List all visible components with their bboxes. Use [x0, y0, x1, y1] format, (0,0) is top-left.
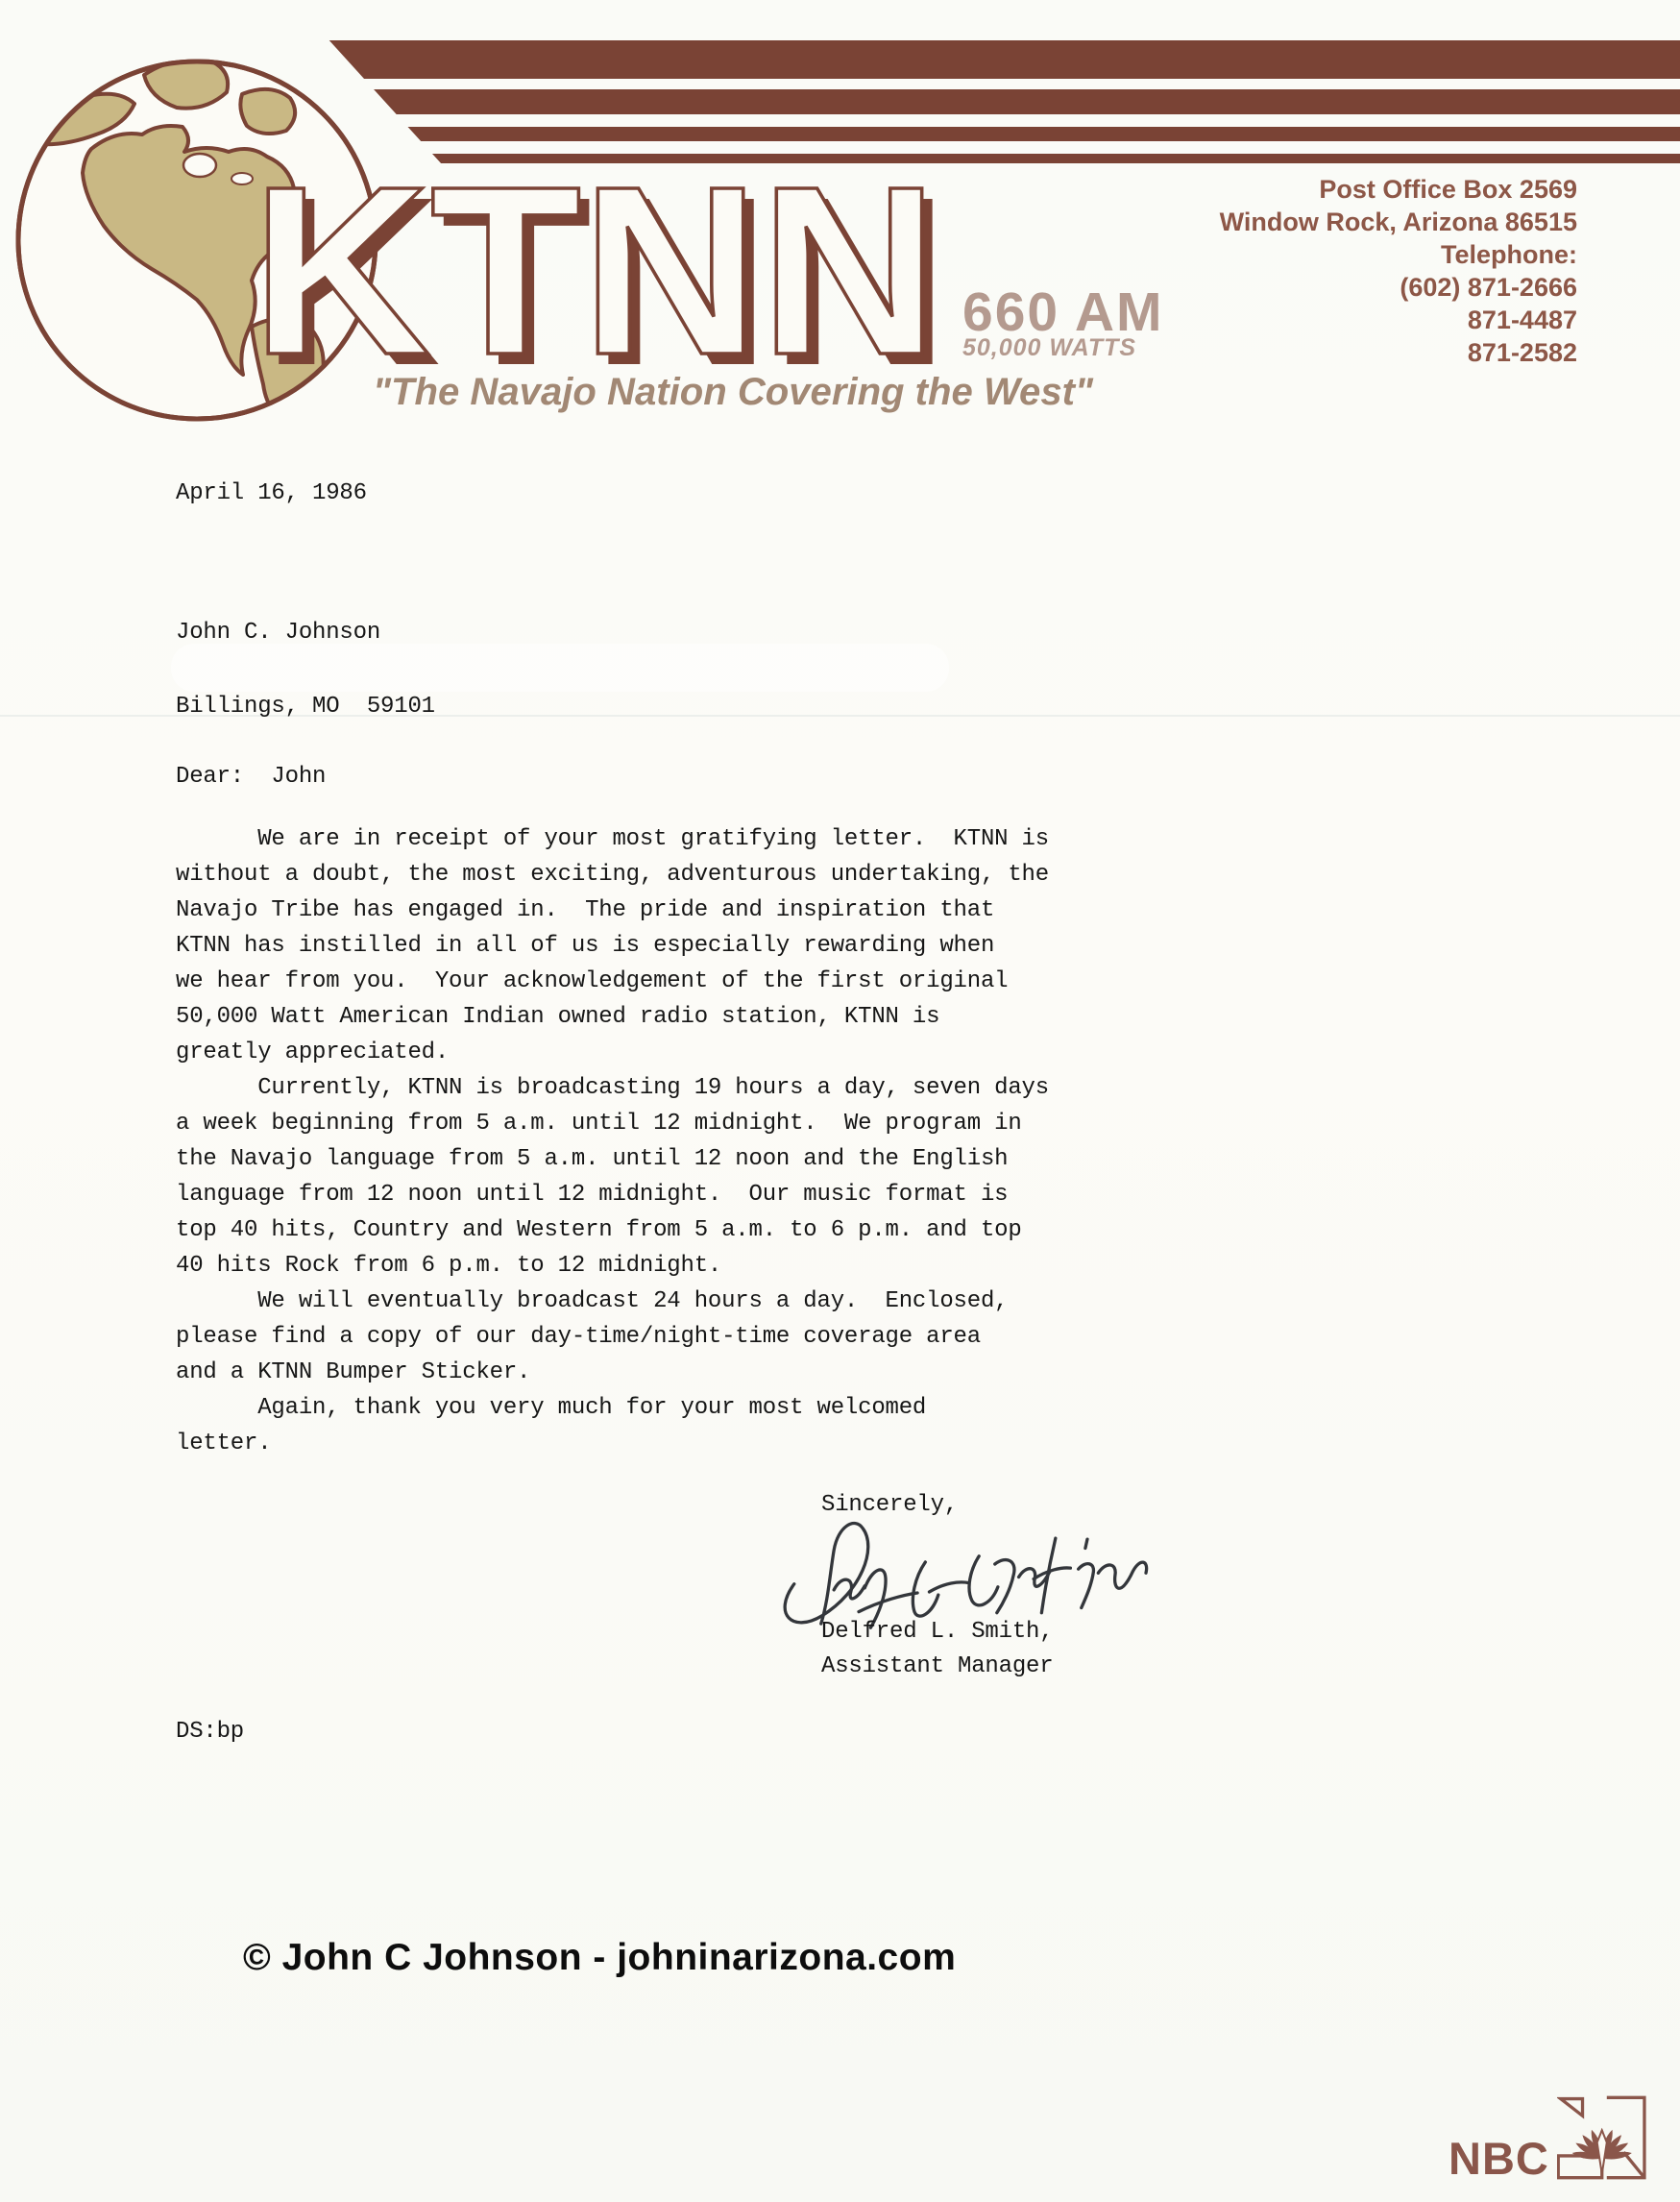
letter-body: We are in receipt of your most gratifyin…: [176, 821, 1049, 1461]
recipient-name: John C. Johnson: [176, 615, 380, 650]
signer-name: Delfred L. Smith,: [821, 1614, 1053, 1650]
copyright-note: © John C Johnson - johninarizona.com: [243, 1937, 956, 1979]
power-label: 50,000 WATTS: [962, 334, 1136, 361]
letter-date: April 16, 1986: [176, 476, 367, 511]
letterhead-address-line: 871-2582: [1220, 336, 1577, 369]
nbc-affiliation: NBC: [1449, 2083, 1669, 2183]
letterhead-address-line: 871-4487: [1220, 304, 1577, 336]
letterhead-address-line: Window Rock, Arizona 86515: [1220, 206, 1577, 238]
letterhead-address-line: Post Office Box 2569: [1220, 173, 1577, 206]
station-logotype-face: KTNN: [252, 136, 938, 404]
salutation: Dear: John: [176, 759, 326, 795]
signer-title: Assistant Manager: [821, 1649, 1053, 1684]
letter-scan: KTNN KTNN 660 AM 50,000 WATTS "The Navaj…: [0, 0, 1680, 2202]
letterhead-address-line: (602) 871-2666: [1220, 271, 1577, 304]
tagline: "The Navajo Nation Covering the West": [373, 371, 1094, 413]
recipient-city: Billings, MO 59101: [176, 689, 435, 724]
letterhead-address-line: Telephone:: [1220, 238, 1577, 271]
redacted-address-area: [171, 644, 949, 692]
typist-reference: DS:bp: [176, 1714, 244, 1749]
letterhead-address: Post Office Box 2569 Window Rock, Arizon…: [1220, 173, 1577, 369]
nbc-label: NBC: [1449, 2136, 1549, 2183]
nbc-peacock-icon: [1557, 2092, 1649, 2183]
